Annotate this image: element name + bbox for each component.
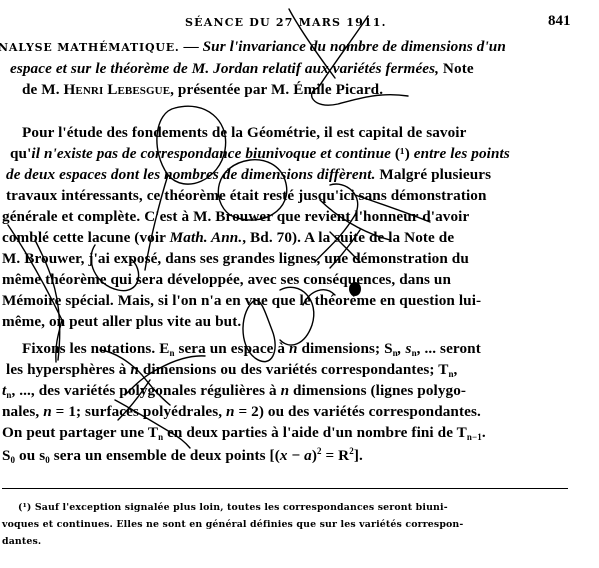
text: = 1; surfaces polyédrales, bbox=[52, 403, 226, 420]
text: , Bd. 70). A la suite de la Note de bbox=[242, 229, 454, 246]
text: Malgré plusieurs bbox=[376, 166, 492, 183]
text: dimensions; S bbox=[298, 340, 393, 357]
text: (¹) bbox=[391, 145, 414, 162]
para2-line-5: On peut partager une Tn en deux parties … bbox=[2, 424, 486, 442]
para1-line-7: M. Brouwer, j'ai exposé, dans ses grande… bbox=[2, 250, 469, 268]
note-label: Note bbox=[439, 60, 474, 77]
title-line-1: NALYSE MATHÉMATIQUE. — Sur l'invariance … bbox=[0, 38, 506, 56]
para2-line-1: Fixons les notations. En sera un espace … bbox=[22, 340, 481, 358]
text: , ... seront bbox=[417, 340, 481, 357]
para1-line-9: Mémoire spécial. Mais, si l'on n'a en vu… bbox=[2, 292, 481, 310]
text: même, on peut aller plus vite au but. bbox=[2, 313, 241, 330]
text: dimensions (lignes polygo- bbox=[289, 382, 466, 399]
running-header: SÉANCE DU 27 MARS 1911. bbox=[185, 16, 387, 29]
text: Mémoire spécial. Mais, si l'on n'a en vu… bbox=[2, 292, 481, 309]
text: dimensions ou des variétés correspondant… bbox=[139, 361, 449, 378]
article-title-part1: Sur l'invariance du nombre de dimensions… bbox=[203, 38, 506, 55]
para1-line-6: comblé cette lacune (voir Math. Ann., Bd… bbox=[2, 229, 454, 247]
math-var: n bbox=[289, 340, 298, 357]
text: − bbox=[288, 447, 305, 464]
text: , ..., des variétés polygonales régulièr… bbox=[11, 382, 280, 399]
para2-line-3: tn, ..., des variétés polygonales réguli… bbox=[2, 382, 466, 400]
italic-text: il n'existe pas de correspondance biuniv… bbox=[31, 145, 391, 162]
text: générale et complète. C'est à M. Brouwer… bbox=[2, 208, 469, 225]
text: , s bbox=[398, 340, 412, 357]
italic-text: entre les points bbox=[414, 145, 510, 162]
math-var: n bbox=[130, 361, 139, 378]
text: nales, bbox=[2, 403, 43, 420]
para1-line-5: générale et complète. C'est à M. Brouwer… bbox=[2, 208, 469, 226]
text: , bbox=[454, 361, 458, 378]
footnote-text: Sauf l'exception signalée plus loin, tou… bbox=[31, 502, 447, 513]
para2-line-4: nales, n = 1; surfaces polyédrales, n = … bbox=[2, 403, 481, 421]
text: en deux parties à l'aide d'un nombre fin… bbox=[163, 424, 467, 441]
author-prefix: de M. bbox=[22, 81, 64, 98]
presenter-line: , présentée par M. Émile Picard. bbox=[170, 81, 383, 98]
footnote-divider bbox=[2, 488, 568, 489]
text: On peut partager une T bbox=[2, 424, 158, 441]
para1-line-2: qu'il n'existe pas de correspondance biu… bbox=[10, 145, 510, 163]
text: même théorème qui sera développée, avec … bbox=[2, 271, 451, 288]
math-var: n bbox=[43, 403, 52, 420]
author-name: Henri Lebesgue bbox=[64, 81, 171, 98]
text: sera un espace à bbox=[175, 340, 289, 357]
text: sera un ensemble de deux points [( bbox=[50, 447, 280, 464]
para2-line-6: S0 ou s0 sera un ensemble de deux points… bbox=[2, 446, 363, 465]
footnote-marker: (¹) bbox=[18, 502, 31, 513]
article-title-part2: espace et sur le théorème de M. Jordan r… bbox=[10, 60, 439, 77]
math-var: n bbox=[226, 403, 235, 420]
text: Pour l'étude des fondements de la Géomét… bbox=[22, 124, 466, 141]
para1-line-10: même, on peut aller plus vite au but. bbox=[2, 313, 241, 331]
title-line-3: de M. Henri Lebesgue, présentée par M. É… bbox=[22, 81, 383, 99]
text: ou s bbox=[15, 447, 45, 464]
footnote-line-3: dantes. bbox=[2, 536, 41, 547]
text: travaux intéressants, ce théorème était … bbox=[6, 187, 487, 204]
page-number: 841 bbox=[548, 13, 571, 30]
text: S bbox=[2, 447, 11, 464]
footnote-line-1: (¹) Sauf l'exception signalée plus loin,… bbox=[18, 502, 448, 513]
text: qu' bbox=[10, 145, 31, 162]
scanned-document-page: SÉANCE DU 27 MARS 1911. 841 NALYSE MATHÉ… bbox=[0, 0, 599, 568]
title-line-2: espace et sur le théorème de M. Jordan r… bbox=[10, 60, 474, 78]
math-var: a bbox=[304, 447, 312, 464]
text: comblé cette lacune (voir bbox=[2, 229, 170, 246]
para1-line-1: Pour l'étude des fondements de la Géomét… bbox=[22, 124, 466, 142]
para2-line-2: les hypersphères à n dimensions ou des v… bbox=[6, 361, 457, 379]
para1-line-8: même théorème qui sera développée, avec … bbox=[2, 271, 451, 289]
text: . bbox=[482, 424, 486, 441]
italic-text: de deux espaces dont les nombres de dime… bbox=[6, 166, 376, 183]
footnote-line-2: voques et continues. Elles ne sont en gé… bbox=[2, 519, 463, 530]
text: Fixons les notations. E bbox=[22, 340, 169, 357]
text: = 2) ou des variétés correspondantes. bbox=[235, 403, 481, 420]
text: M. Brouwer, j'ai exposé, dans ses grande… bbox=[2, 250, 469, 267]
text: = R bbox=[322, 447, 350, 464]
math-var: x bbox=[280, 447, 288, 464]
para1-line-3: de deux espaces dont les nombres de dime… bbox=[6, 166, 491, 184]
text: les hypersphères à bbox=[6, 361, 130, 378]
para1-line-4: travaux intéressants, ce théorème était … bbox=[6, 187, 487, 205]
text: ]. bbox=[354, 447, 363, 464]
italic-text: Math. Ann. bbox=[170, 229, 243, 246]
math-var: n bbox=[281, 382, 290, 399]
title-dash: — bbox=[180, 38, 203, 55]
section-label: NALYSE MATHÉMATIQUE. bbox=[0, 41, 180, 54]
subscript: n−1 bbox=[467, 432, 482, 442]
